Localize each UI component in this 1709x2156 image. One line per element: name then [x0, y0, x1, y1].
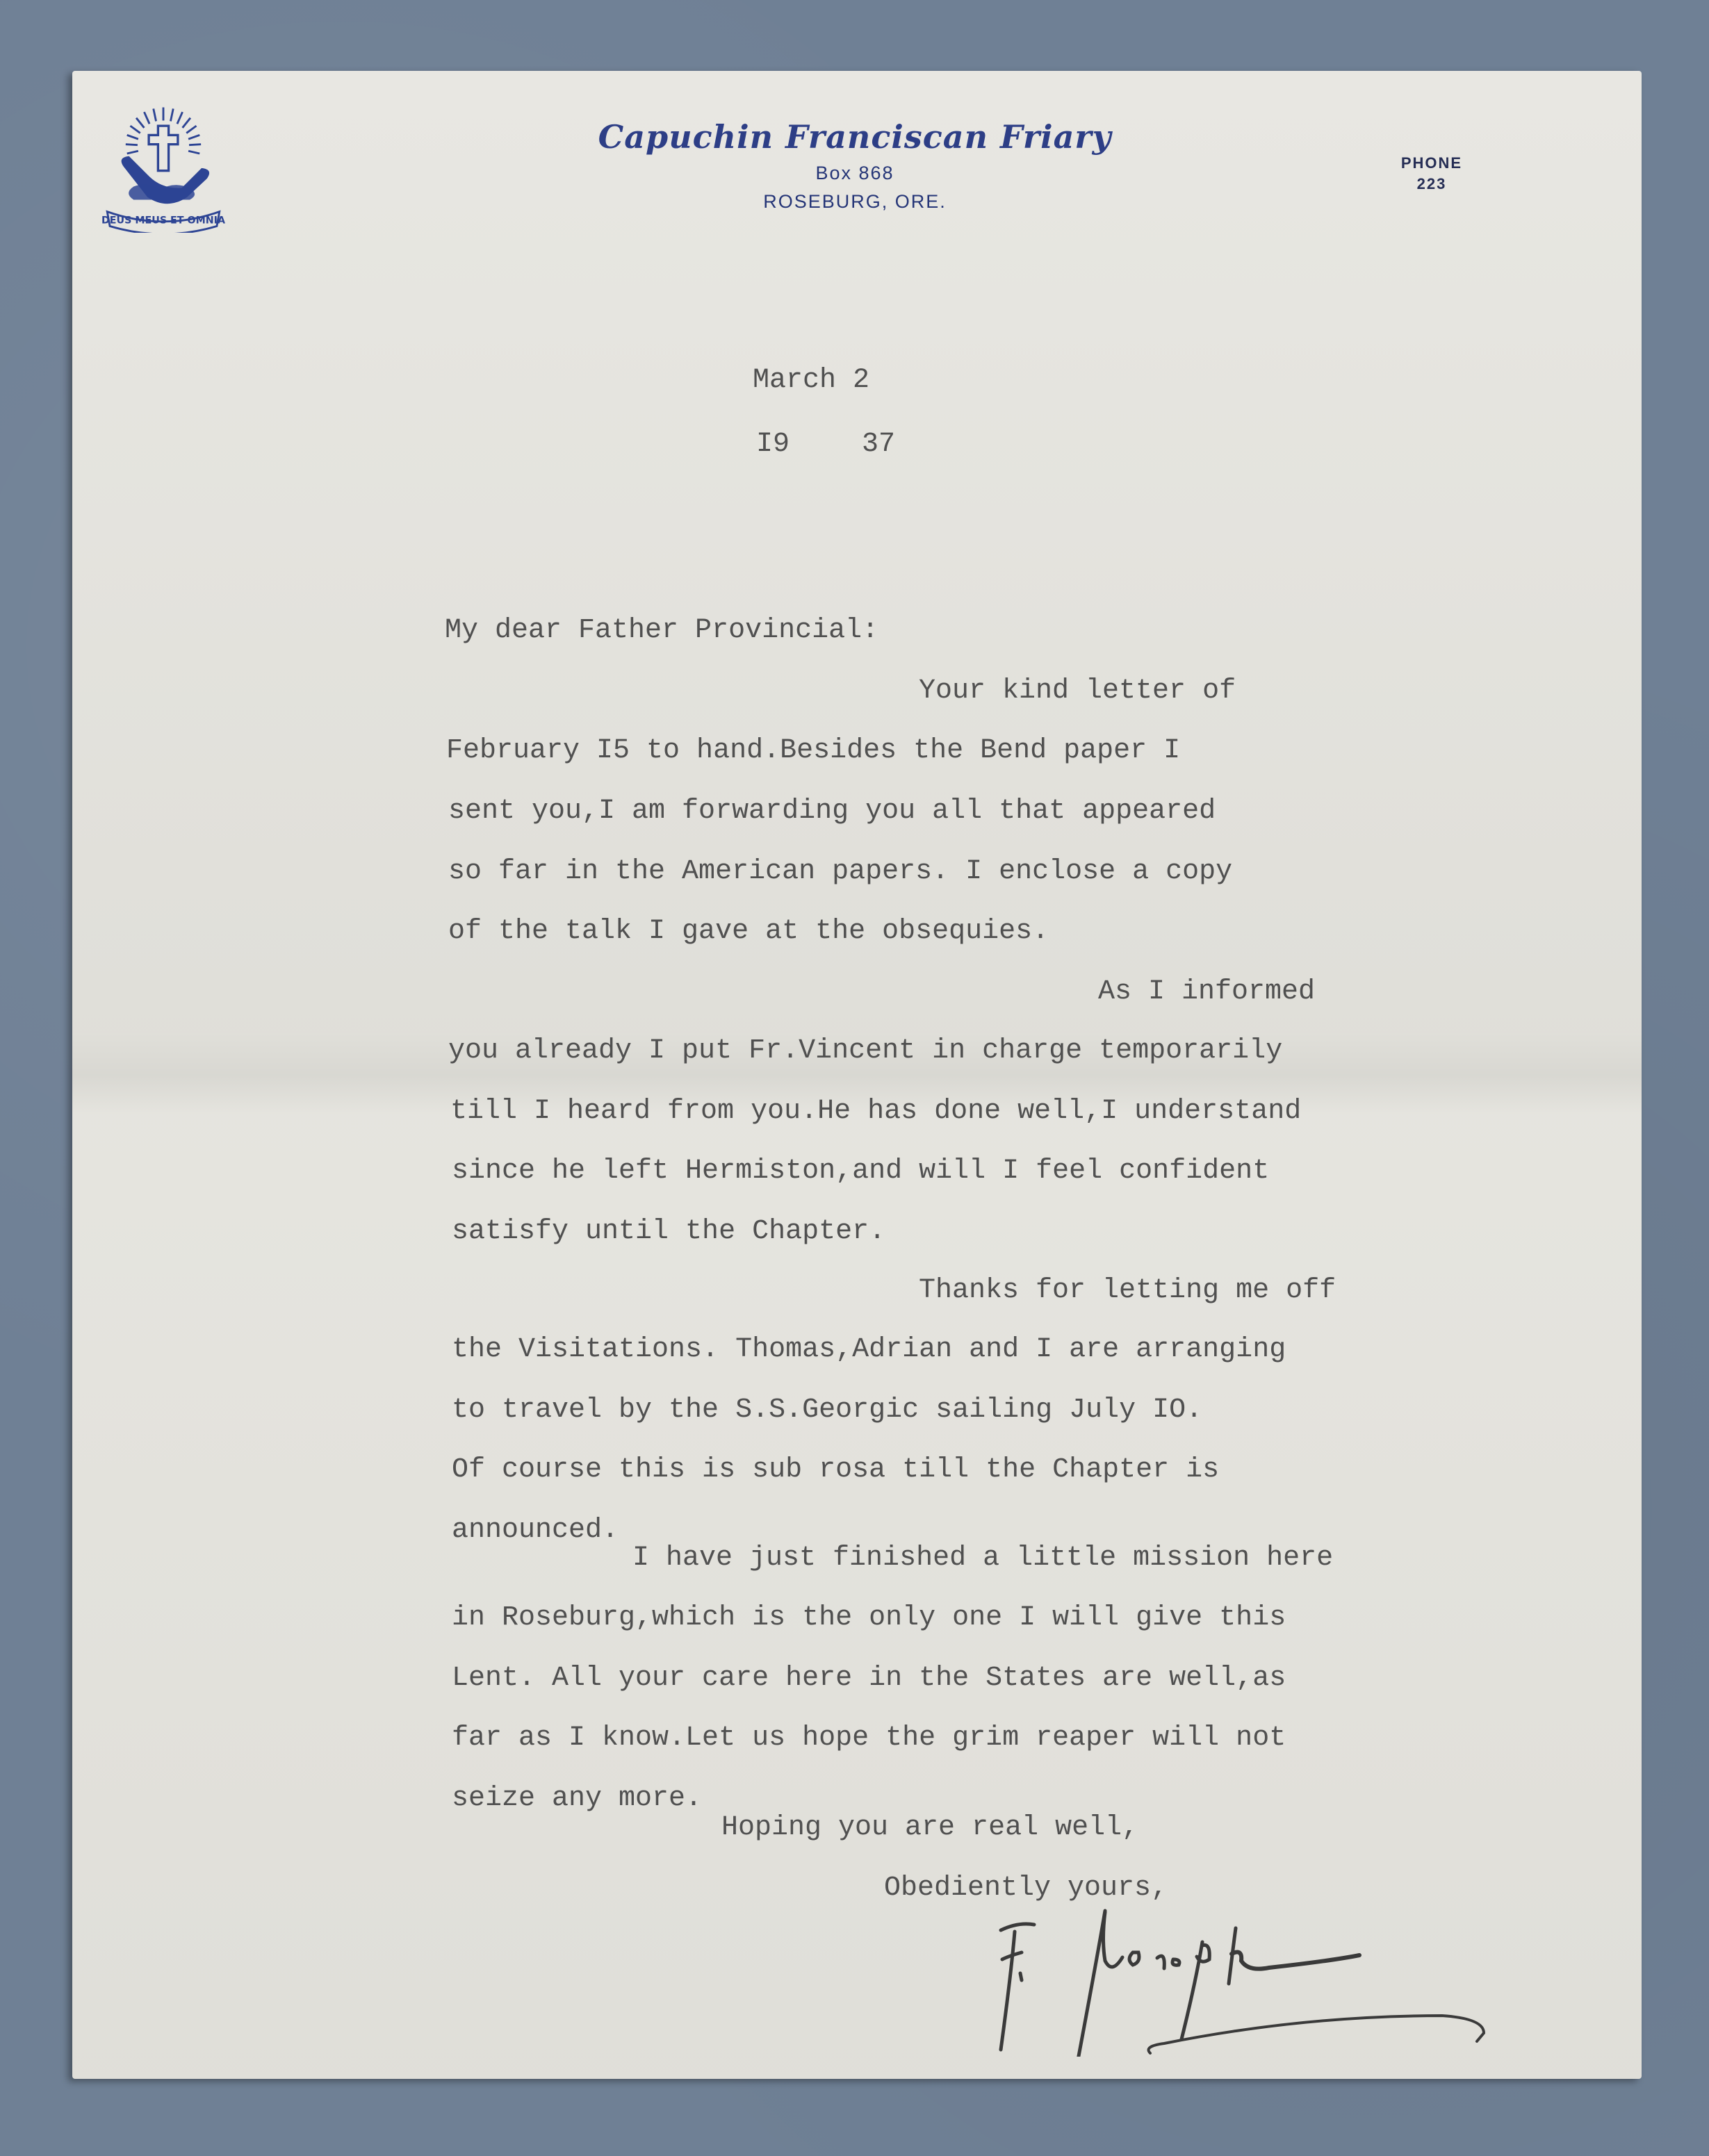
- closing-signoff: Obediently yours,: [884, 1873, 1168, 1904]
- date-year-suffix: 37: [862, 429, 895, 460]
- city: ROSEBURG, ORE.: [486, 191, 1223, 213]
- post-box: Box 868: [486, 163, 1223, 184]
- body-line: you already I put Fr.Vincent in charge t…: [448, 1035, 1282, 1067]
- body-line: sent you,I am forwarding you all that ap…: [448, 796, 1216, 827]
- phone-number: 223: [1383, 174, 1480, 195]
- body-line: Your kind letter of: [919, 675, 1236, 707]
- body-line: far as I know.Let us hope the grim reape…: [452, 1722, 1286, 1754]
- sunburst-rays: [126, 108, 201, 154]
- body-line: to travel by the S.S.Georgic sailing Jul…: [452, 1394, 1202, 1426]
- phone-block: PHONE 223: [1383, 153, 1480, 195]
- body-line: As I informed: [1098, 976, 1315, 1007]
- svg-text:DEUS MEUS ET OMNIA: DEUS MEUS ET OMNIA: [101, 215, 225, 227]
- friary-name: Capuchin Franciscan Friary: [486, 118, 1223, 156]
- body-line: satisfy until the Chapter.: [452, 1216, 885, 1247]
- body-line: since he left Hermiston,and will I feel …: [452, 1155, 1269, 1187]
- closing-wish: Hoping you are real well,: [721, 1812, 1138, 1843]
- body-line: seize any more.: [452, 1783, 702, 1814]
- body-line: so far in the American papers. I enclose…: [448, 856, 1232, 887]
- body-line: till I heard from you.He has done well,I…: [450, 1096, 1301, 1127]
- salutation: My dear Father Provincial:: [445, 615, 878, 646]
- handwritten-signature: Fr. Joseph: [987, 1904, 1529, 2057]
- body-line: Lent. All your care here in the States a…: [452, 1663, 1286, 1694]
- body-line: of the talk I gave at the obsequies.: [448, 916, 1049, 947]
- body-line: announced.: [452, 1515, 619, 1546]
- body-line: in Roseburg,which is the only one I will…: [452, 1602, 1286, 1634]
- phone-label: PHONE: [1383, 153, 1480, 174]
- body-line: Thanks for letting me off: [919, 1275, 1336, 1306]
- letterhead: Capuchin Franciscan Friary Box 868 ROSEB…: [486, 118, 1223, 213]
- body-line: February I5 to hand.Besides the Bend pap…: [446, 735, 1180, 766]
- body-line: Of course this is sub rosa till the Chap…: [452, 1454, 1219, 1486]
- date-year-prefix: I9: [756, 429, 790, 460]
- date-month-day: March 2: [753, 365, 869, 396]
- body-line: the Visitations. Thomas,Adrian and I are…: [452, 1334, 1286, 1365]
- capuchin-crest-icon: DEUS MEUS ET OMNIA: [97, 101, 229, 233]
- body-line: I have just finished a little mission he…: [632, 1542, 1333, 1574]
